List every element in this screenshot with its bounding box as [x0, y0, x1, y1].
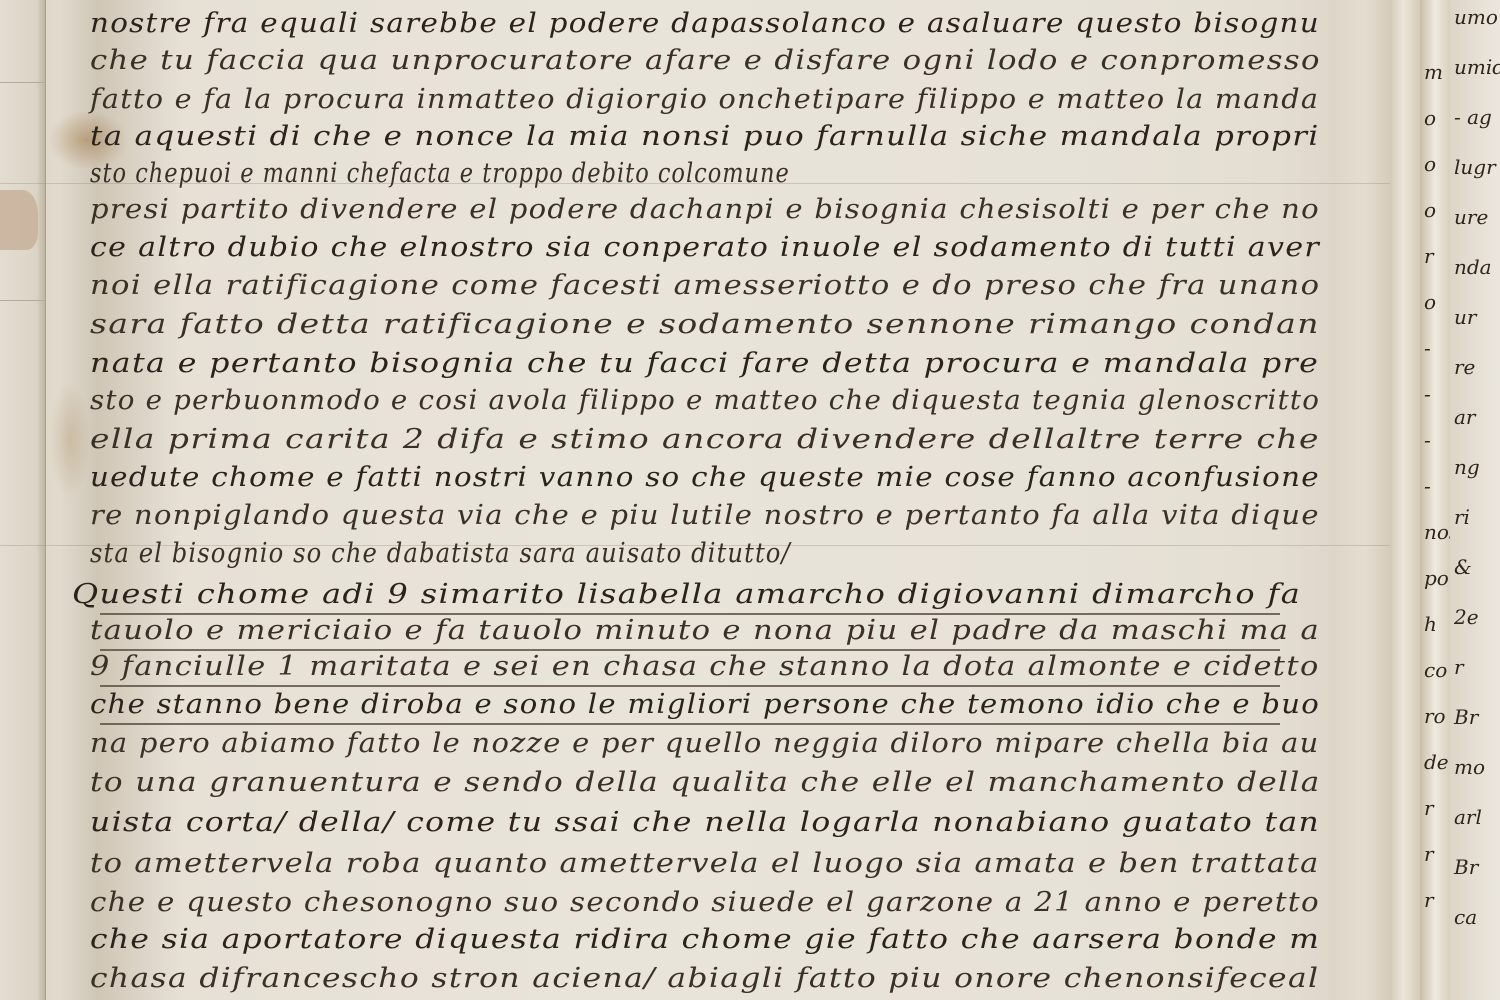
manuscript-line: chasa difrancescho stron aciena/ abiagli…: [90, 963, 1319, 994]
margin-fragment: -: [1424, 474, 1431, 498]
margin-fragment: re: [1454, 355, 1475, 379]
manuscript-page: nostre fra equali sarebbe el podere dapa…: [0, 0, 1500, 1000]
margin-fragment: Br: [1454, 855, 1478, 879]
margin-fragment: - ag: [1454, 105, 1492, 129]
manuscript-line: ta aquesti di che e nonce la mia nonsi p…: [90, 121, 1320, 152]
margin-fragment: po: [1424, 566, 1449, 590]
manuscript-line: nata e pertanto bisognia che tu facci fa…: [90, 348, 1319, 379]
manuscript-line: na pero abiamo fatto le nozze e per quel…: [90, 728, 1320, 759]
margin-fragment: r: [1424, 244, 1434, 268]
margin-fragment: -: [1424, 336, 1431, 360]
margin-fragment: o: [1424, 290, 1436, 314]
manuscript-line: to amettervela roba quanto amettervela e…: [90, 848, 1320, 879]
manuscript-line: 9 fanciulle 1 maritata e sei en chasa ch…: [90, 651, 1320, 682]
fold-line: [0, 300, 45, 301]
manuscript-line: sta el bisognio so che dabatista sara au…: [90, 538, 791, 569]
margin-fragment: o: [1424, 106, 1436, 130]
margin-fragment: r: [1454, 655, 1464, 679]
manuscript-line: nostre fra equali sarebbe el podere dapa…: [90, 8, 1320, 39]
margin-fragment: ure: [1454, 205, 1488, 229]
manuscript-line: noi ella ratificagione come facesti ames…: [90, 270, 1320, 301]
left-folded-sheet: [0, 0, 46, 1000]
folded-sheet-edge: [1392, 0, 1420, 1000]
fold-line: [0, 82, 45, 83]
foxing-stain: [50, 380, 90, 500]
manuscript-line: Questi chome adi 9 simarito lisabella am…: [72, 579, 1301, 610]
folded-sheet-edge: moooro----nospohco deroderrr: [1420, 0, 1450, 1000]
manuscript-line: che e questo chesonogno suo secondo siue…: [90, 887, 1320, 918]
manuscript-line: to una granuentura e sendo della qualita…: [90, 767, 1321, 798]
margin-fragment: 2e: [1454, 605, 1479, 629]
manuscript-line: tauolo e mericiaio e fa tauolo minuto e …: [90, 615, 1320, 646]
margin-fragment: umo: [1454, 5, 1498, 29]
margin-fragment: h: [1424, 612, 1437, 636]
folded-sheet-edge: umoumidi- aglugrurendaurrearngri&2erBrmo…: [1450, 0, 1500, 1000]
manuscript-line: sara fatto detta ratificagione e sodamen…: [90, 309, 1320, 340]
manuscript-line: ella prima carita 2 difa e stimo ancora …: [90, 424, 1320, 455]
manuscript-line: presi partito divendere el podere dachan…: [90, 194, 1320, 225]
manuscript-line: uedute chome e fatti nostri vanno so che…: [90, 462, 1320, 493]
margin-fragment: ur: [1454, 305, 1476, 329]
water-stain-patch: [0, 190, 38, 250]
margin-fragment: ro: [1424, 704, 1446, 728]
margin-fragment: mo: [1454, 755, 1485, 779]
manuscript-line: sto e perbuonmodo e cosi avola filippo e…: [90, 385, 1320, 416]
manuscript-line: che tu faccia qua unprocuratore afare e …: [90, 45, 1321, 76]
margin-fragment: ar: [1454, 405, 1475, 429]
margin-fragment: umidi: [1454, 55, 1500, 79]
ink-underline: [100, 723, 1280, 725]
manuscript-line: re nonpiglando questa via che e piu luti…: [90, 500, 1320, 531]
margin-fragment: ca: [1454, 905, 1477, 929]
margin-fragment: r: [1424, 842, 1434, 866]
ink-underline: [100, 685, 1280, 687]
manuscript-line: fatto e fa la procura inmatteo digiorgio…: [90, 84, 1319, 115]
margin-fragment: ng: [1454, 455, 1480, 479]
margin-fragment: -: [1424, 382, 1431, 406]
manuscript-line: che sia aportatore diquesta ridira chome…: [90, 924, 1320, 955]
margin-fragment: m: [1424, 60, 1443, 84]
manuscript-line: sto chepuoi e manni chefacta e troppo de…: [90, 158, 790, 189]
margin-fragment: o: [1424, 198, 1436, 222]
manuscript-line: ce altro dubio che elnostro sia conperat…: [90, 232, 1320, 263]
margin-fragment: r: [1424, 888, 1434, 912]
margin-fragment: o: [1424, 152, 1436, 176]
margin-fragment: de: [1424, 750, 1449, 774]
margin-fragment: &: [1454, 555, 1472, 579]
manuscript-line: che stanno bene diroba e sono le miglior…: [90, 689, 1320, 720]
margin-fragment: arl: [1454, 805, 1482, 829]
margin-fragment: lugr: [1454, 155, 1496, 179]
margin-fragment: -: [1424, 428, 1431, 452]
margin-fragment: nda: [1454, 255, 1492, 279]
margin-fragment: ri: [1454, 505, 1470, 529]
manuscript-line: uista corta/ della/ come tu ssai che nel…: [90, 807, 1320, 838]
margin-fragment: Br: [1454, 705, 1478, 729]
margin-fragment: r: [1424, 796, 1434, 820]
